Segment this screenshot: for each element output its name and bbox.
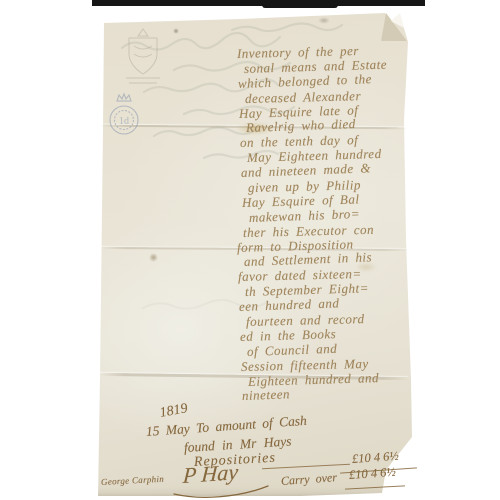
embossed-crest-stamp (118, 26, 168, 86)
stain (173, 28, 179, 34)
photographed-document-page: 1d Inventory of the personal means and E… (0, 0, 500, 500)
stain (149, 253, 158, 262)
signature-flourish (172, 483, 272, 499)
backdrop-top-strip (92, 0, 425, 6)
manuscript-text-block: Inventory of the personal means and Esta… (237, 47, 417, 404)
stain (318, 17, 330, 24)
carry-over-amount: £10 4 6½ (348, 465, 396, 483)
manuscript-line: nineteen (242, 383, 417, 404)
duty-stamp-value: 1d (119, 116, 129, 127)
duty-stamp-icon: 1d (105, 91, 143, 141)
backdrop-top-strip-thick (262, 0, 338, 8)
